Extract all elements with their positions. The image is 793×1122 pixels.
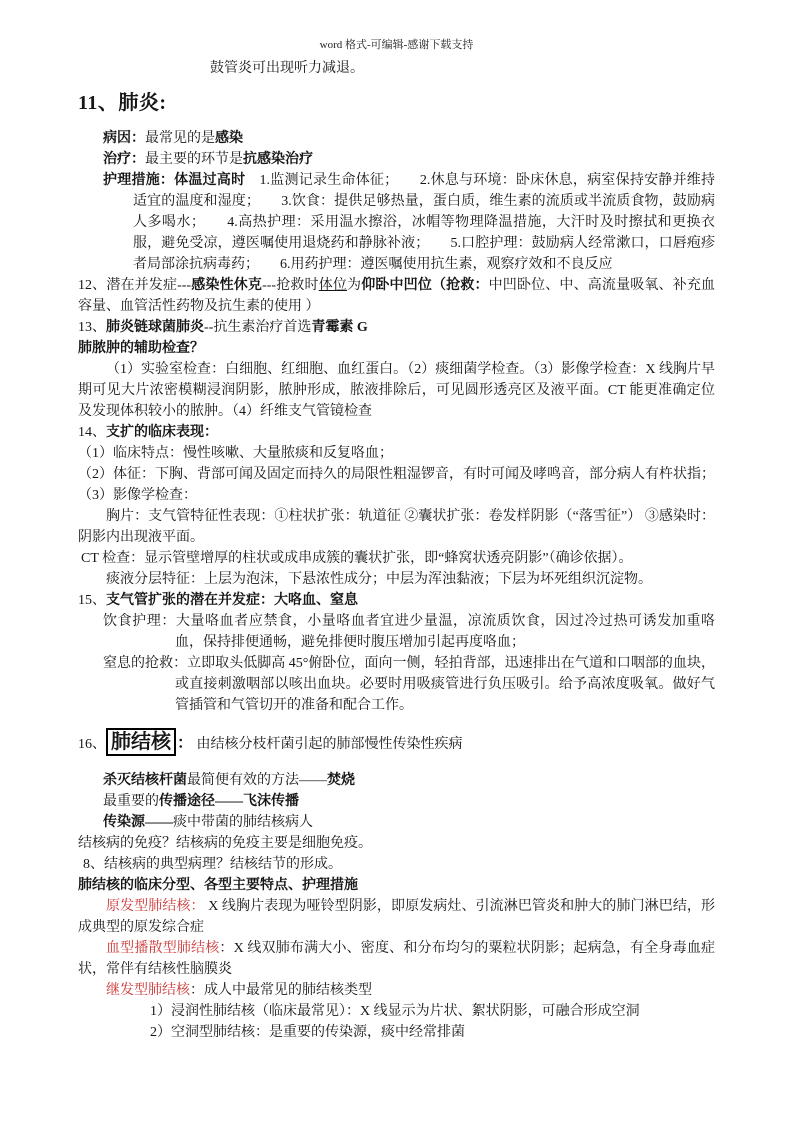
paragraph: 传染源——痰中带菌的肺结核病人 xyxy=(103,812,715,833)
paragraph: 窒息的抢救：立即取头低脚高 45°俯卧位，面向一侧，轻拍背部，迅速排出在气道和口… xyxy=(175,653,715,716)
paragraph: 胸片：支气管特征性表现：①柱状扩张：轨道征 ②囊状扩张：卷发样阴影（“落雪征”）… xyxy=(78,506,715,548)
paragraph: 8、结核病的典型病理？结核结节的形成。 xyxy=(83,854,715,875)
paragraph: 1）浸润性肺结核（临床最常见）：X 线显示为片状、絮状阴影，可融合形成空洞 xyxy=(150,1001,715,1022)
paragraph: 护理措施：体温过高时 1.监测记录生命体征； 2.休息与环境：卧床休息，病室保持… xyxy=(133,170,715,275)
text-run: 8、结核病的典型病理？结核结节的形成。 xyxy=(83,857,342,872)
paragraph: 肺脓肿的辅助检查？ xyxy=(78,338,715,359)
text-run: 肺结核 xyxy=(106,728,176,756)
paragraph: 2）空洞型肺结核：是重要的传染源，痰中经常排菌 xyxy=(150,1022,715,1043)
paragraph: 13、肺炎链球菌肺炎--抗生素治疗首选青霉素 G xyxy=(78,317,715,338)
paragraph: 15、支气管扩张的潜在并发症：大咯血、窒息 xyxy=(78,590,715,611)
paragraph: （3）影像学检查： xyxy=(78,485,715,506)
text-run: 肺脓肿的辅助检查？ xyxy=(78,341,204,356)
text-run: ---抢救时 xyxy=(262,278,319,293)
paragraph: 痰液分层特征：上层为泡沫，下悬浓性成分；中层为浑浊黏液；下层为坏死组织沉淀物。 xyxy=(78,569,715,590)
text-run: 结核病的免疫？结核病的免疫主要是细胞免疫。 xyxy=(78,836,372,851)
text-run: 胸片：支气管特征性表现：①柱状扩张：轨道征 ②囊状扩张：卷发样阴影（“落雪征”）… xyxy=(78,509,715,545)
page-title: 11、肺炎: xyxy=(78,90,715,116)
text-run: 痰液分层特征：上层为泡沫，下悬浓性成分；中层为浑浊黏液；下层为坏死组织沉淀物。 xyxy=(106,572,652,587)
text-run: 杀灭结核杆菌 xyxy=(103,773,187,788)
paragraph: 治疗：最主要的环节是抗感染治疗 xyxy=(103,149,715,170)
paragraph: 14、支扩的临床表现： xyxy=(78,422,715,443)
text-run: （3）影像学检查： xyxy=(78,488,197,503)
text-run: （1）实验室检查：白细胞、红细胞、血红蛋白。（2）痰细菌学检查。（3）影像学检查… xyxy=(78,362,715,419)
text-run: 窒息的抢救：立即取头低脚高 45°俯卧位，面向一侧，轻拍背部，迅速排出在气道和口… xyxy=(103,656,715,713)
paragraph: 原发型肺结核： X 线胸片表现为哑铃型阴影，即原发病灶、引流淋巴管炎和肿大的肺门… xyxy=(78,896,715,938)
text-run: 痰中带菌的肺结核病人 xyxy=(173,815,313,830)
text-run: 为 xyxy=(347,278,361,293)
text-run: 感染 xyxy=(215,131,243,146)
text-run: ： xyxy=(177,735,193,752)
text-run: 青霉素 G xyxy=(311,320,367,335)
text-run: 最重要的 xyxy=(103,794,159,809)
text-run: 血型播散型肺结核 xyxy=(106,941,219,956)
paragraph: 饮食护理：大量咯血者应禁食，小量咯血者宜进少量温，凉流质饮食，因过冷过热可诱发加… xyxy=(175,611,715,653)
text-run: 14、 xyxy=(78,425,106,440)
text-run: 护理措施：体温过高时 xyxy=(103,173,245,188)
paragraph: （1）实验室检查：白细胞、红细胞、血红蛋白。（2）痰细菌学检查。（3）影像学检查… xyxy=(78,359,715,422)
paragraph: 结核病的免疫？结核病的免疫主要是细胞免疫。 xyxy=(78,833,715,854)
text-run: 12、潜在并发症--- xyxy=(78,278,191,293)
text-run: 饮食护理：大量咯血者应禁食，小量咯血者宜进少量温，凉流质饮食，因过冷过热可诱发加… xyxy=(103,614,715,650)
text-run: 13、 xyxy=(78,320,106,335)
paragraph: 最重要的传播途径——飞沫传播 xyxy=(103,791,715,812)
text-run: 感染性休克 xyxy=(191,278,262,293)
text-run: 治疗： xyxy=(103,152,145,167)
text-run: ：成人中最常见的肺结核类型 xyxy=(190,983,372,998)
paragraph: 血型播散型肺结核：X 线双肺布满大小、密度、和分布均匀的粟粒状阴影；起病急，有全… xyxy=(78,938,715,980)
document-page: word 格式-可编辑-感谢下载支持 鼓管炎可出现听力减退。 11、肺炎: 病因… xyxy=(0,0,793,1122)
text-run: 传染源—— xyxy=(103,815,173,830)
paragraph: 肺结核的临床分型、各型主要特点、护理措施 xyxy=(78,875,715,896)
text-run: 体位 xyxy=(319,278,347,293)
text-run: 2）空洞型肺结核：是重要的传染源，痰中经常排菌 xyxy=(150,1025,465,1040)
header-note: word 格式-可编辑-感谢下载支持 xyxy=(78,38,715,52)
text-run: 最主要的环节是 xyxy=(145,152,243,167)
document-body: 病因：最常见的是感染治疗：最主要的环节是抗感染治疗护理措施：体温过高时 1.监测… xyxy=(78,128,715,1043)
paragraph: （1）临床特点：慢性咳嗽、大量脓痰和反复咯血； xyxy=(78,443,715,464)
paragraph: 病因：最常见的是感染 xyxy=(103,128,715,149)
text-run: CT 检查：显示管壁增厚的柱状或成串成簇的囊状扩张，即“蜂窝状透亮阴影”（确诊依… xyxy=(81,551,633,566)
text-run: 最常见的是 xyxy=(145,131,215,146)
text-run: 由结核分枝杆菌引起的肺部慢性传染性疾病 xyxy=(193,737,463,752)
text-run: 16、 xyxy=(78,737,106,752)
text-run: 最简便有效的方法—— xyxy=(187,773,327,788)
paragraph: （2）体征：下胸、背部可闻及固定而持久的局限性粗湿锣音，有时可闻及哮鸣音，部分病… xyxy=(78,464,715,485)
text-run: 传播途径——飞沫传播 xyxy=(159,794,299,809)
paragraph: CT 检查：显示管壁增厚的柱状或成串成簇的囊状扩张，即“蜂窝状透亮阴影”（确诊依… xyxy=(81,548,715,569)
text-run: --抗生素治疗首选 xyxy=(204,320,311,335)
paragraph: 12、潜在并发症---感染性休克---抢救时体位为仰卧中凹位（抢救：中凹卧位、中… xyxy=(78,275,715,317)
text-run: 15、 xyxy=(78,593,106,608)
text-run: 肺结核的临床分型、各型主要特点、护理措施 xyxy=(78,878,358,893)
text-run: 继发型肺结核 xyxy=(106,983,190,998)
paragraph: 继发型肺结核：成人中最常见的肺结核类型 xyxy=(78,980,715,1001)
text-run: （2）体征：下胸、背部可闻及固定而持久的局限性粗湿锣音，有时可闻及哮鸣音，部分病… xyxy=(78,467,715,482)
intro-line: 鼓管炎可出现听力减退。 xyxy=(210,58,715,80)
text-run: 支扩的临床表现： xyxy=(106,425,218,440)
text-run: 肺炎链球菌肺炎 xyxy=(106,320,204,335)
paragraph: 16、肺结核： 由结核分枝杆菌引起的肺部慢性传染性疾病 xyxy=(78,728,715,760)
text-run: 支气管扩张的潜在并发症：大咯血、窒息 xyxy=(106,593,358,608)
text-run: 仰卧中凹位（抢救： xyxy=(361,278,488,293)
paragraph: 杀灭结核杆菌最简便有效的方法——焚烧 xyxy=(103,770,715,791)
text-run: 抗感染治疗 xyxy=(243,152,313,167)
text-run: （1）临床特点：慢性咳嗽、大量脓痰和反复咯血； xyxy=(78,446,393,461)
text-run: 原发型肺结核： xyxy=(106,899,205,914)
text-run: 1）浸润性肺结核（临床最常见）：X 线显示为片状、絮状阴影，可融合形成空洞 xyxy=(150,1004,640,1019)
text-run: 病因： xyxy=(103,131,145,146)
text-run: 焚烧 xyxy=(327,773,355,788)
